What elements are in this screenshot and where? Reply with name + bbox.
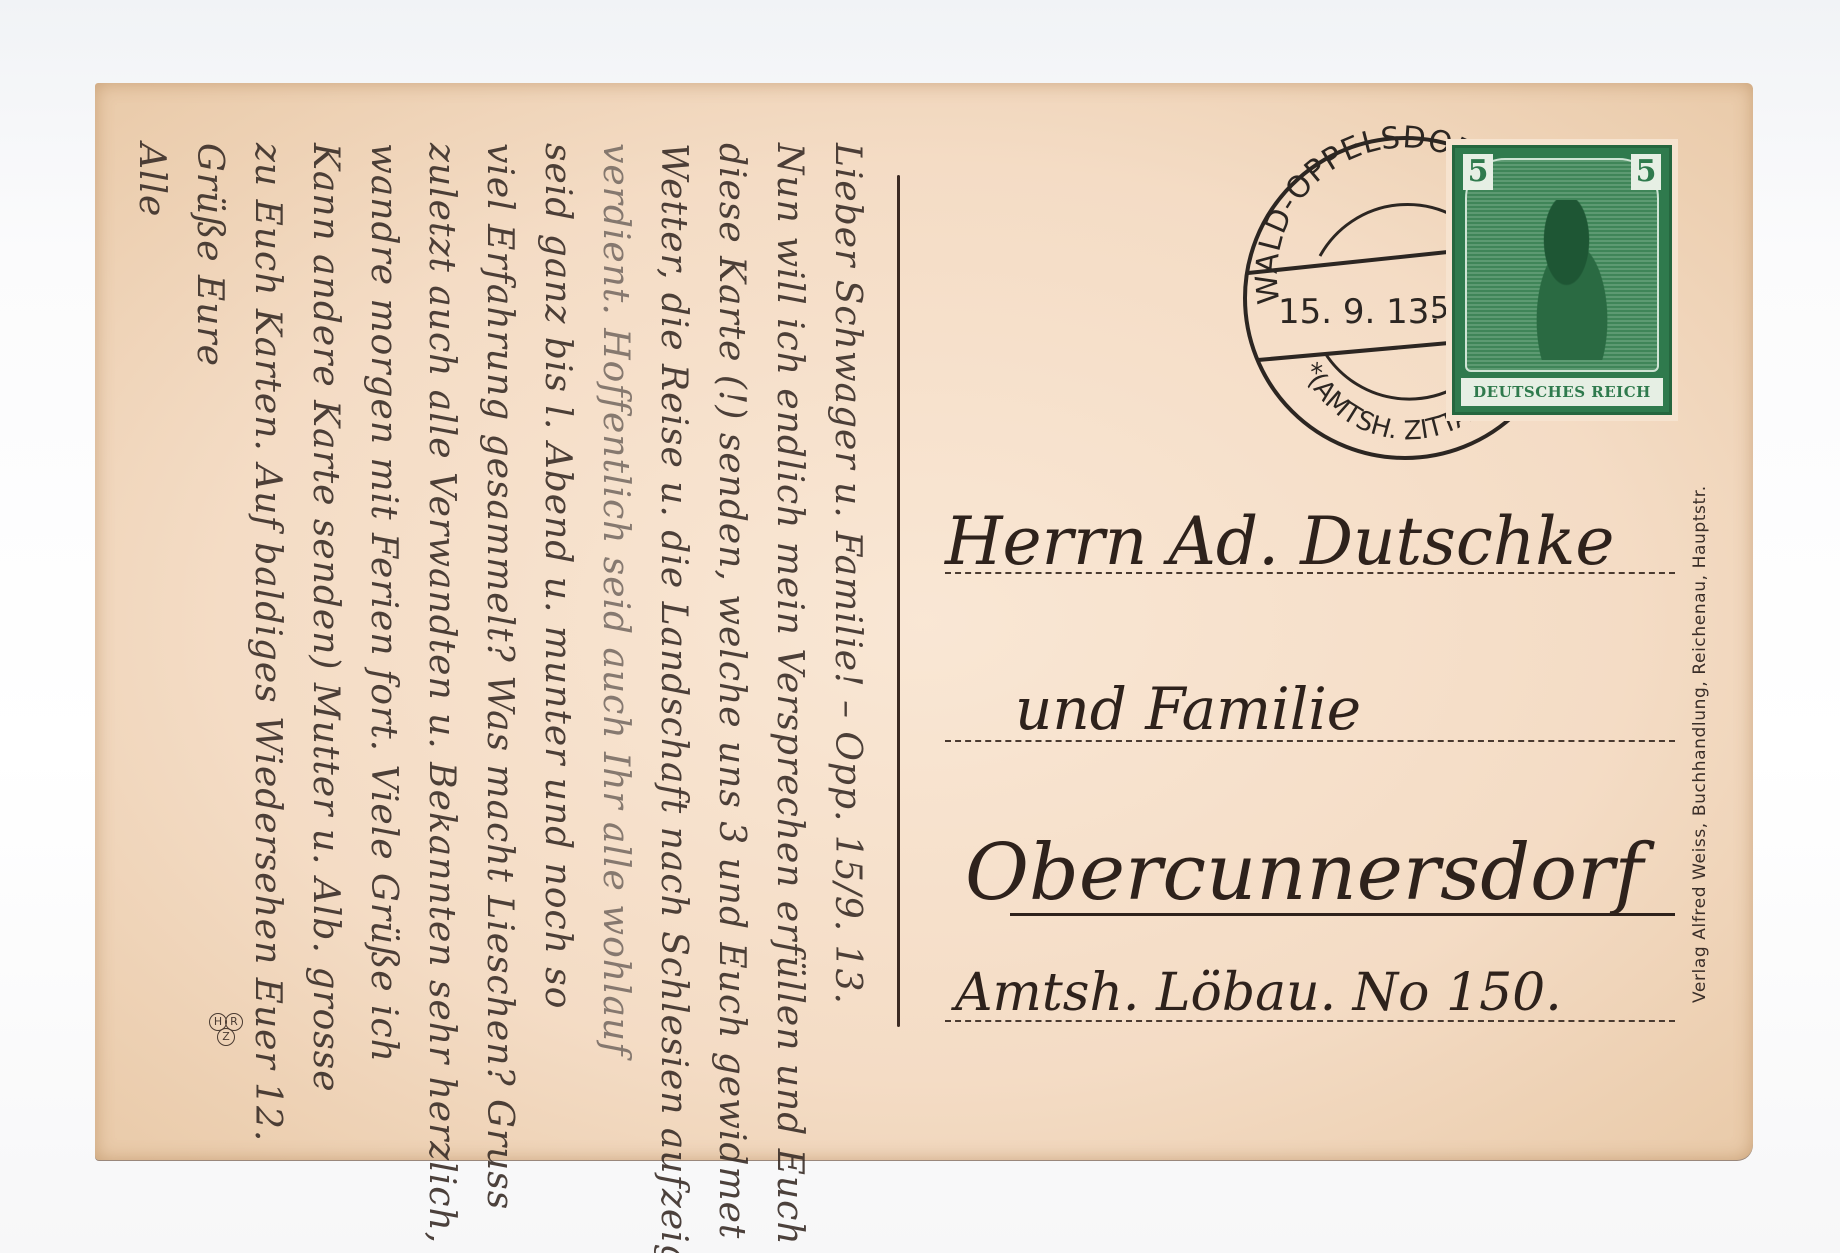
germania-portrait-icon — [1517, 200, 1627, 360]
stamp-value-right: 5 — [1631, 154, 1661, 190]
message-column: viel Erfahrung gesammelt? Was macht Lies… — [471, 143, 527, 1103]
message-column: diese Karte (!) senden, welche uns 3 und… — [703, 143, 759, 1103]
address-rule-4 — [945, 1020, 1675, 1022]
handwritten-message: Lieber Schwager u. Familie! – Opp. 15/9.… — [95, 83, 895, 1160]
message-column: Nun will ich endlich mein Versprechen er… — [761, 143, 817, 1103]
postmark-date: 15. 9. 13. — [1278, 292, 1440, 332]
address-line-2: und Familie — [1015, 675, 1361, 743]
address-line-3: Obercunnersdorf — [965, 828, 1643, 918]
message-column: Wetter, die Reise u. die Landschaft nach… — [645, 143, 701, 1103]
publisher-imprint: Verlag Alfred Weiss, Buchhandlung, Reich… — [1685, 303, 1715, 1003]
message-column: Lieber Schwager u. Familie! – Opp. 15/9.… — [819, 143, 875, 1103]
address-rule-1 — [945, 572, 1675, 574]
address-rule-3 — [1010, 913, 1675, 916]
message-column: Kann andere Karte senden) Mutter u. Alb.… — [297, 143, 353, 1103]
address-line-1: Herrn Ad. Dutschke — [945, 503, 1614, 580]
postage-stamp: 5 5 DEUTSCHES REICH — [1452, 145, 1672, 415]
printer-logo: H R Z — [209, 1013, 249, 1053]
stamp-value-left: 5 — [1463, 154, 1493, 190]
message-column: Alle — [123, 143, 179, 1103]
address-rule-2 — [945, 740, 1675, 742]
message-column: seid ganz bis l. Abend u. munter und noc… — [529, 143, 585, 1103]
message-column: verdient. Hoffentlich seid auch Ihr alle… — [587, 143, 643, 1103]
stamp-frame — [1465, 158, 1659, 372]
message-address-divider — [897, 175, 900, 1027]
message-column: zuletzt auch alle Verwandten u. Bekannte… — [413, 143, 469, 1103]
postcard: Lieber Schwager u. Familie! – Opp. 15/9.… — [95, 83, 1753, 1160]
message-column: wandre morgen mit Ferien fort. Viele Grü… — [355, 143, 411, 1103]
message-column: Grüße Eure — [181, 143, 237, 1103]
address-line-4: Amtsh. Löbau. No 150. — [955, 963, 1562, 1023]
logo-letter-z: Z — [217, 1028, 235, 1046]
stamp-country: DEUTSCHES REICH — [1461, 378, 1663, 406]
message-column: zu Euch Karten. Auf baldiges Wiedersehen… — [239, 143, 295, 1103]
